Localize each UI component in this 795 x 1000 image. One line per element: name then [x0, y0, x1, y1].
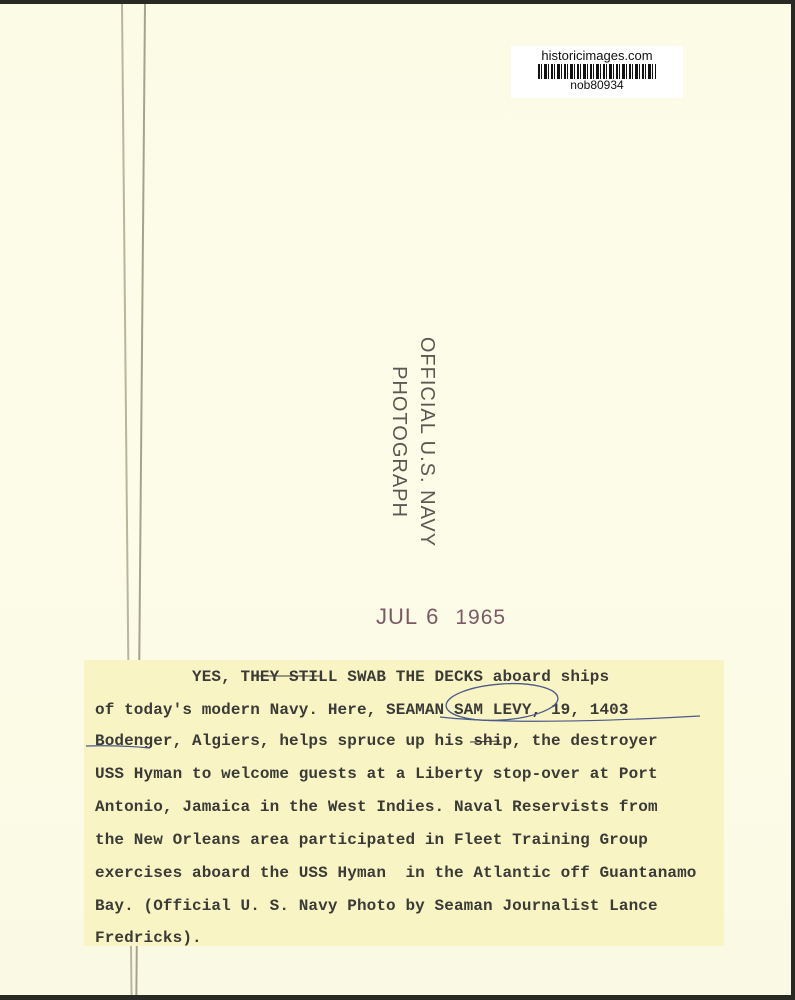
caption-line: Antonio, Jamaica in the West Indies. Nav… — [95, 798, 658, 816]
caption-line: Bay. (Official U. S. Navy Photo by Seama… — [95, 897, 658, 915]
date-month: JUL — [376, 604, 418, 629]
caption-line: exercises aboard the USS Hyman in the At… — [95, 864, 697, 882]
caption-slip: YES, THEY STILL SWAB THE DECKS aboard sh… — [84, 660, 724, 946]
caption-line: Bodenger, Algiers, helps spruce up his s… — [95, 732, 658, 750]
stamp-line-2: PHOTOGRAPH — [385, 307, 413, 577]
date-year: 1965 — [455, 606, 506, 629]
stamp-line-1: OFFICIAL U.S. NAVY — [413, 307, 441, 577]
navy-photo-stamp: OFFICIAL U.S. NAVY PHOTOGRAPH — [381, 307, 441, 577]
caption-line: USS Hyman to welcome guests at a Liberty… — [95, 765, 658, 783]
caption-line: Fredricks). — [95, 929, 202, 947]
caption-line: of today's modern Navy. Here, SEAMAN SAM… — [95, 701, 629, 719]
label-code: nob80934 — [511, 79, 683, 92]
date-day: 6 — [426, 604, 439, 629]
date-stamp: JUL61965 — [376, 604, 506, 630]
archive-label: historicimages.com nob80934 — [511, 46, 683, 98]
caption-line: YES, THEY STILL SWAB THE DECKS aboard sh… — [95, 668, 609, 686]
barcode-icon — [538, 64, 656, 79]
label-site: historicimages.com — [511, 48, 683, 63]
caption-line: the New Orleans area participated in Fle… — [95, 831, 648, 849]
